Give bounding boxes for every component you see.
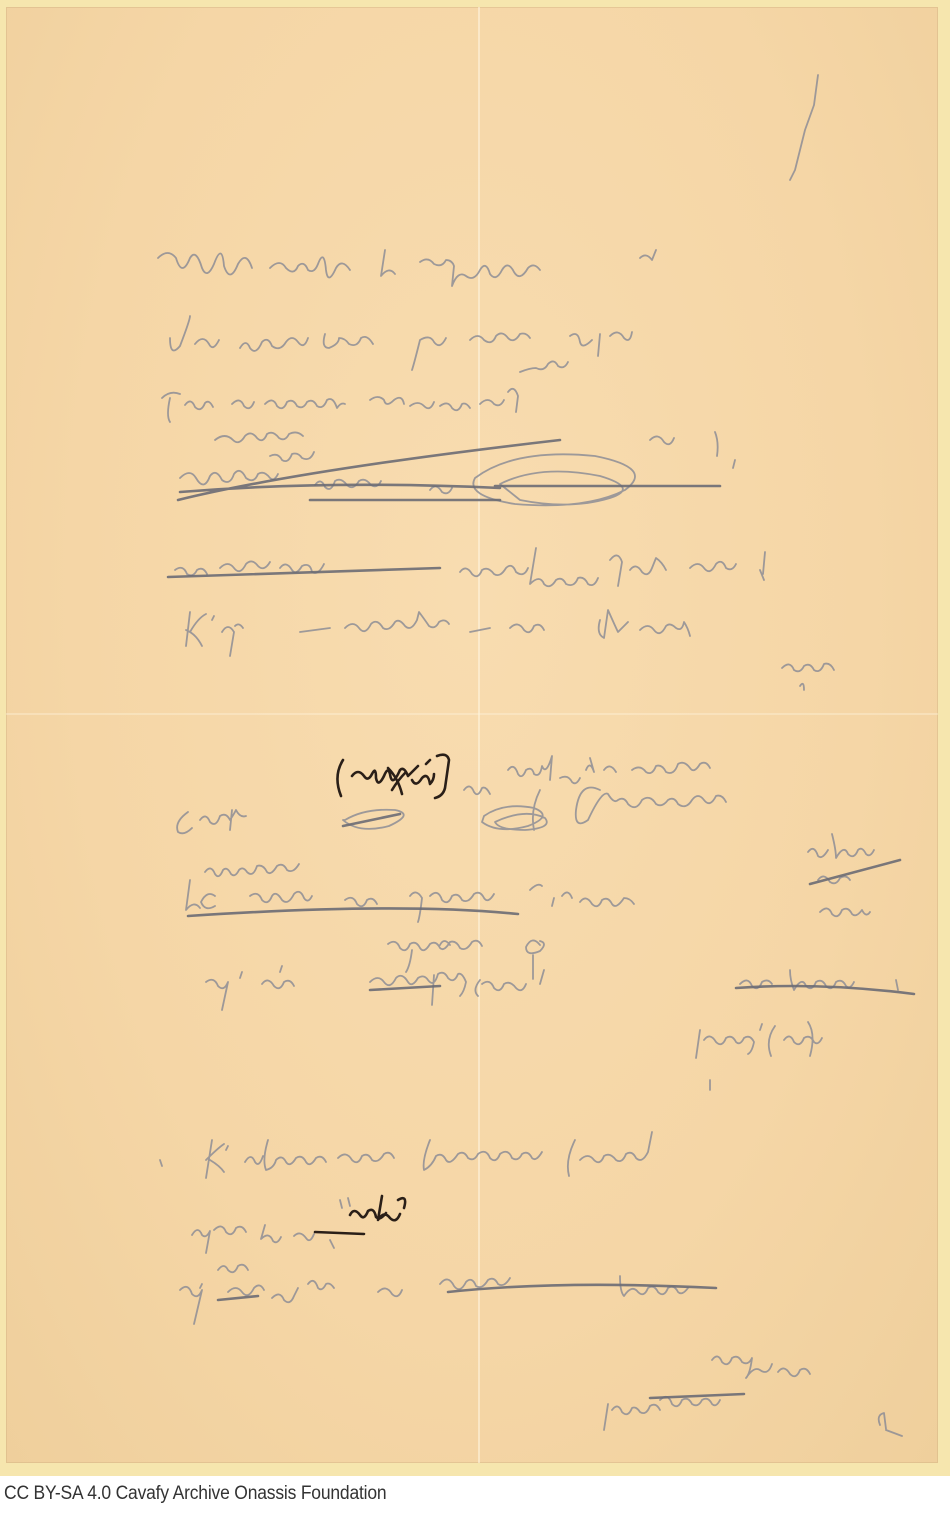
handwriting-line-2 [170,316,632,370]
handwriting-line-9 [206,966,914,1010]
handwriting-line-13 [604,1356,902,1436]
pencil-smudge [790,75,818,180]
handwriting-line-4-struck [178,440,720,505]
insertion-above-line-9 [388,940,544,979]
handwriting-line-6 [186,610,834,690]
handwriting-line-1 [158,250,656,286]
handwriting-line-11 [192,1196,405,1253]
handwriting-line-12 [180,1265,716,1324]
handwriting-line-3 [162,361,568,422]
handwriting-line-7 [177,788,726,834]
manuscript-scan [0,0,950,1476]
insertion-below-line-9 [696,1022,822,1090]
handwriting-layer [0,0,950,1476]
ink-bracketed-word [337,755,449,798]
handwriting-line-10 [160,1132,652,1178]
license-caption: CC BY-SA 4.0 Cavafy Archive Onassis Foun… [4,1483,386,1505]
handwriting-line-5 [168,548,765,586]
handwriting-line-8-struck [186,880,634,922]
